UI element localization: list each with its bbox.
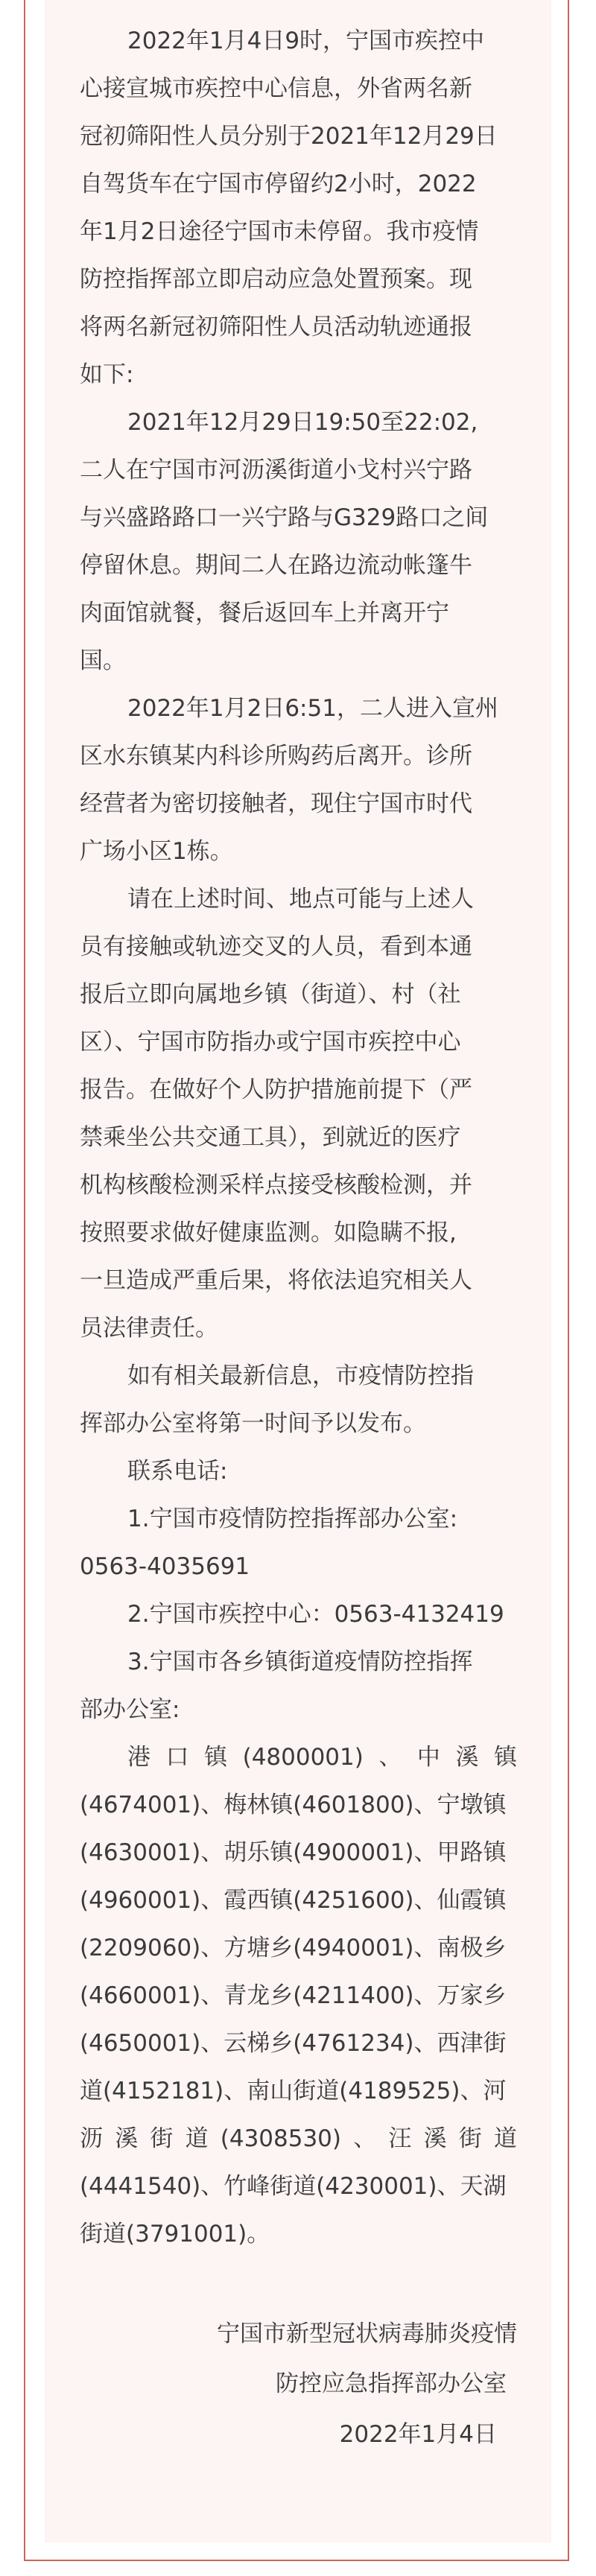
text-line: 2022年1月4日9时，宁国市疾控中: [80, 17, 517, 65]
text-line: 区水东镇某内科诊所购药后离开。诊所: [80, 732, 517, 780]
text-token: 镇: [494, 1733, 517, 1781]
text-line: 道(4152181)、南山街道(4189525)、河: [80, 2067, 517, 2115]
text-token: 镇: [204, 1733, 227, 1781]
text-line: 部办公室:: [80, 1686, 517, 1733]
text-token: 、: [378, 1733, 402, 1781]
text-token: 街: [459, 2115, 482, 2163]
text-line: (2209060)、方塘乡(4940001)、南极乡: [80, 1924, 517, 1972]
text-line: 自驾货车在宁国市停留约2小时，2022: [80, 160, 517, 208]
text-line: (4660001)、青龙乡(4211400)、万家乡: [80, 1972, 517, 2020]
text-line: (4960001)、霞西镇(4251600)、仙霞镇: [80, 1877, 517, 1924]
text-line: 沥溪街道(4308530)、汪溪街道: [80, 2115, 517, 2163]
text-token: 溪: [424, 2115, 447, 2163]
text-line: 港口镇(4800001)、中溪镇: [80, 1733, 517, 1781]
text-line: 与兴盛路路口一兴宁路与G329路口之间: [80, 494, 517, 542]
text-token: 街: [150, 2115, 173, 2163]
text-line: 3.宁国市各乡镇街道疫情防控指挥: [80, 1638, 517, 1686]
text-token: 溪: [455, 1733, 478, 1781]
text-line: (4630001)、胡乐镇(4900001)、甲路镇: [80, 1829, 517, 1877]
text-line: 防控指挥部立即启动应急处置预案。现: [80, 256, 517, 303]
text-line: 街道(3791001)。: [80, 2210, 517, 2258]
text-line: 挥部办公室将第一时间予以发布。: [80, 1400, 517, 1447]
text-line: 一旦造成严重后果，将依法追究相关人: [80, 1257, 517, 1304]
text-line: 报告。在做好个人防护措施前提下（严: [80, 1066, 517, 1114]
text-line: 年1月2日途径宁国市未停留。我市疫情: [80, 208, 517, 256]
text-line: 机构核酸检测采样点接受核酸检测，并: [80, 1161, 517, 1209]
text-token: (4800001): [243, 1733, 364, 1781]
signature-org-line1: 宁国市新型冠状病毒肺炎疫情: [217, 2310, 517, 2358]
text-line: 将两名新冠初筛阳性人员活动轨迹通报: [80, 303, 517, 351]
text-line: (4650001)、云梯乡(4761234)、西津街: [80, 2020, 517, 2067]
text-token: 口: [166, 1733, 189, 1781]
text-line: 禁乘坐公共交通工具），到就近的医疗: [80, 1114, 517, 1161]
text-line: 请在上述时间、地点可能与上述人: [80, 875, 517, 923]
text-line: 2022年1月2日6:51，二人进入宣州: [80, 685, 517, 732]
text-line: 经营者为密切接触者，现住宁国市时代: [80, 780, 517, 828]
text-line: 如有相关最新信息，市疫情防控指: [80, 1352, 517, 1400]
text-line: 联系电话:: [80, 1447, 517, 1495]
text-token: 溪: [115, 2115, 138, 2163]
text-line: 心接宣城市疾控中心信息，外省两名新: [80, 65, 517, 112]
text-line: 广场小区1栋。: [80, 828, 517, 875]
text-line: 二人在宁国市河沥溪街道小戈村兴宁路: [80, 446, 517, 494]
signature-org-line2: 防控应急指挥部办公室: [276, 2360, 507, 2408]
text-line: 如下:: [80, 351, 517, 399]
notice-body: 2022年1月4日9时，宁国市疾控中心接宣城市疾控中心信息，外省两名新冠初筛阳性…: [80, 17, 517, 2258]
text-line: 报后立即向属地乡镇（街道）、村（社: [80, 971, 517, 1018]
text-token: 汪: [388, 2115, 411, 2163]
text-line: 区）、宁国市防指办或宁国市疾控中心: [80, 1018, 517, 1066]
text-line: 按照要求做好健康监测。如隐瞒不报,: [80, 1209, 517, 1257]
text-token: 沥: [80, 2115, 103, 2163]
text-token: 中: [417, 1733, 440, 1781]
text-line: 国。: [80, 637, 517, 685]
text-line: 2.宁国市疾控中心：0563-4132419: [80, 1590, 517, 1638]
text-line: 员有接触或轨迹交叉的人员，看到本通: [80, 923, 517, 971]
text-token: (4308530): [221, 2115, 341, 2163]
text-line: 肉面馆就餐，餐后返回车上并离开宁: [80, 589, 517, 637]
text-line: 1.宁国市疫情防控指挥部办公室:: [80, 1495, 517, 1543]
text-line: 冠初筛阳性人员分别于2021年12月29日: [80, 112, 517, 160]
text-line: 员法律责任。: [80, 1304, 517, 1352]
text-line: 0563-4035691: [80, 1543, 517, 1590]
text-line: 2021年12月29日19:50至22:02,: [80, 399, 517, 446]
text-token: 道: [186, 2115, 209, 2163]
text-token: 道: [494, 2115, 517, 2163]
text-line: 停留休息。期间二人在路边流动帐篷牛: [80, 542, 517, 589]
text-line: (4674001)、梅林镇(4601800)、宁墩镇: [80, 1781, 517, 1829]
text-line: (4441540)、竹峰街道(4230001)、天湖: [80, 2163, 517, 2210]
text-token: 港: [127, 1733, 150, 1781]
signature-date: 2022年1月4日: [340, 2411, 497, 2458]
text-token: 、: [353, 2115, 376, 2163]
